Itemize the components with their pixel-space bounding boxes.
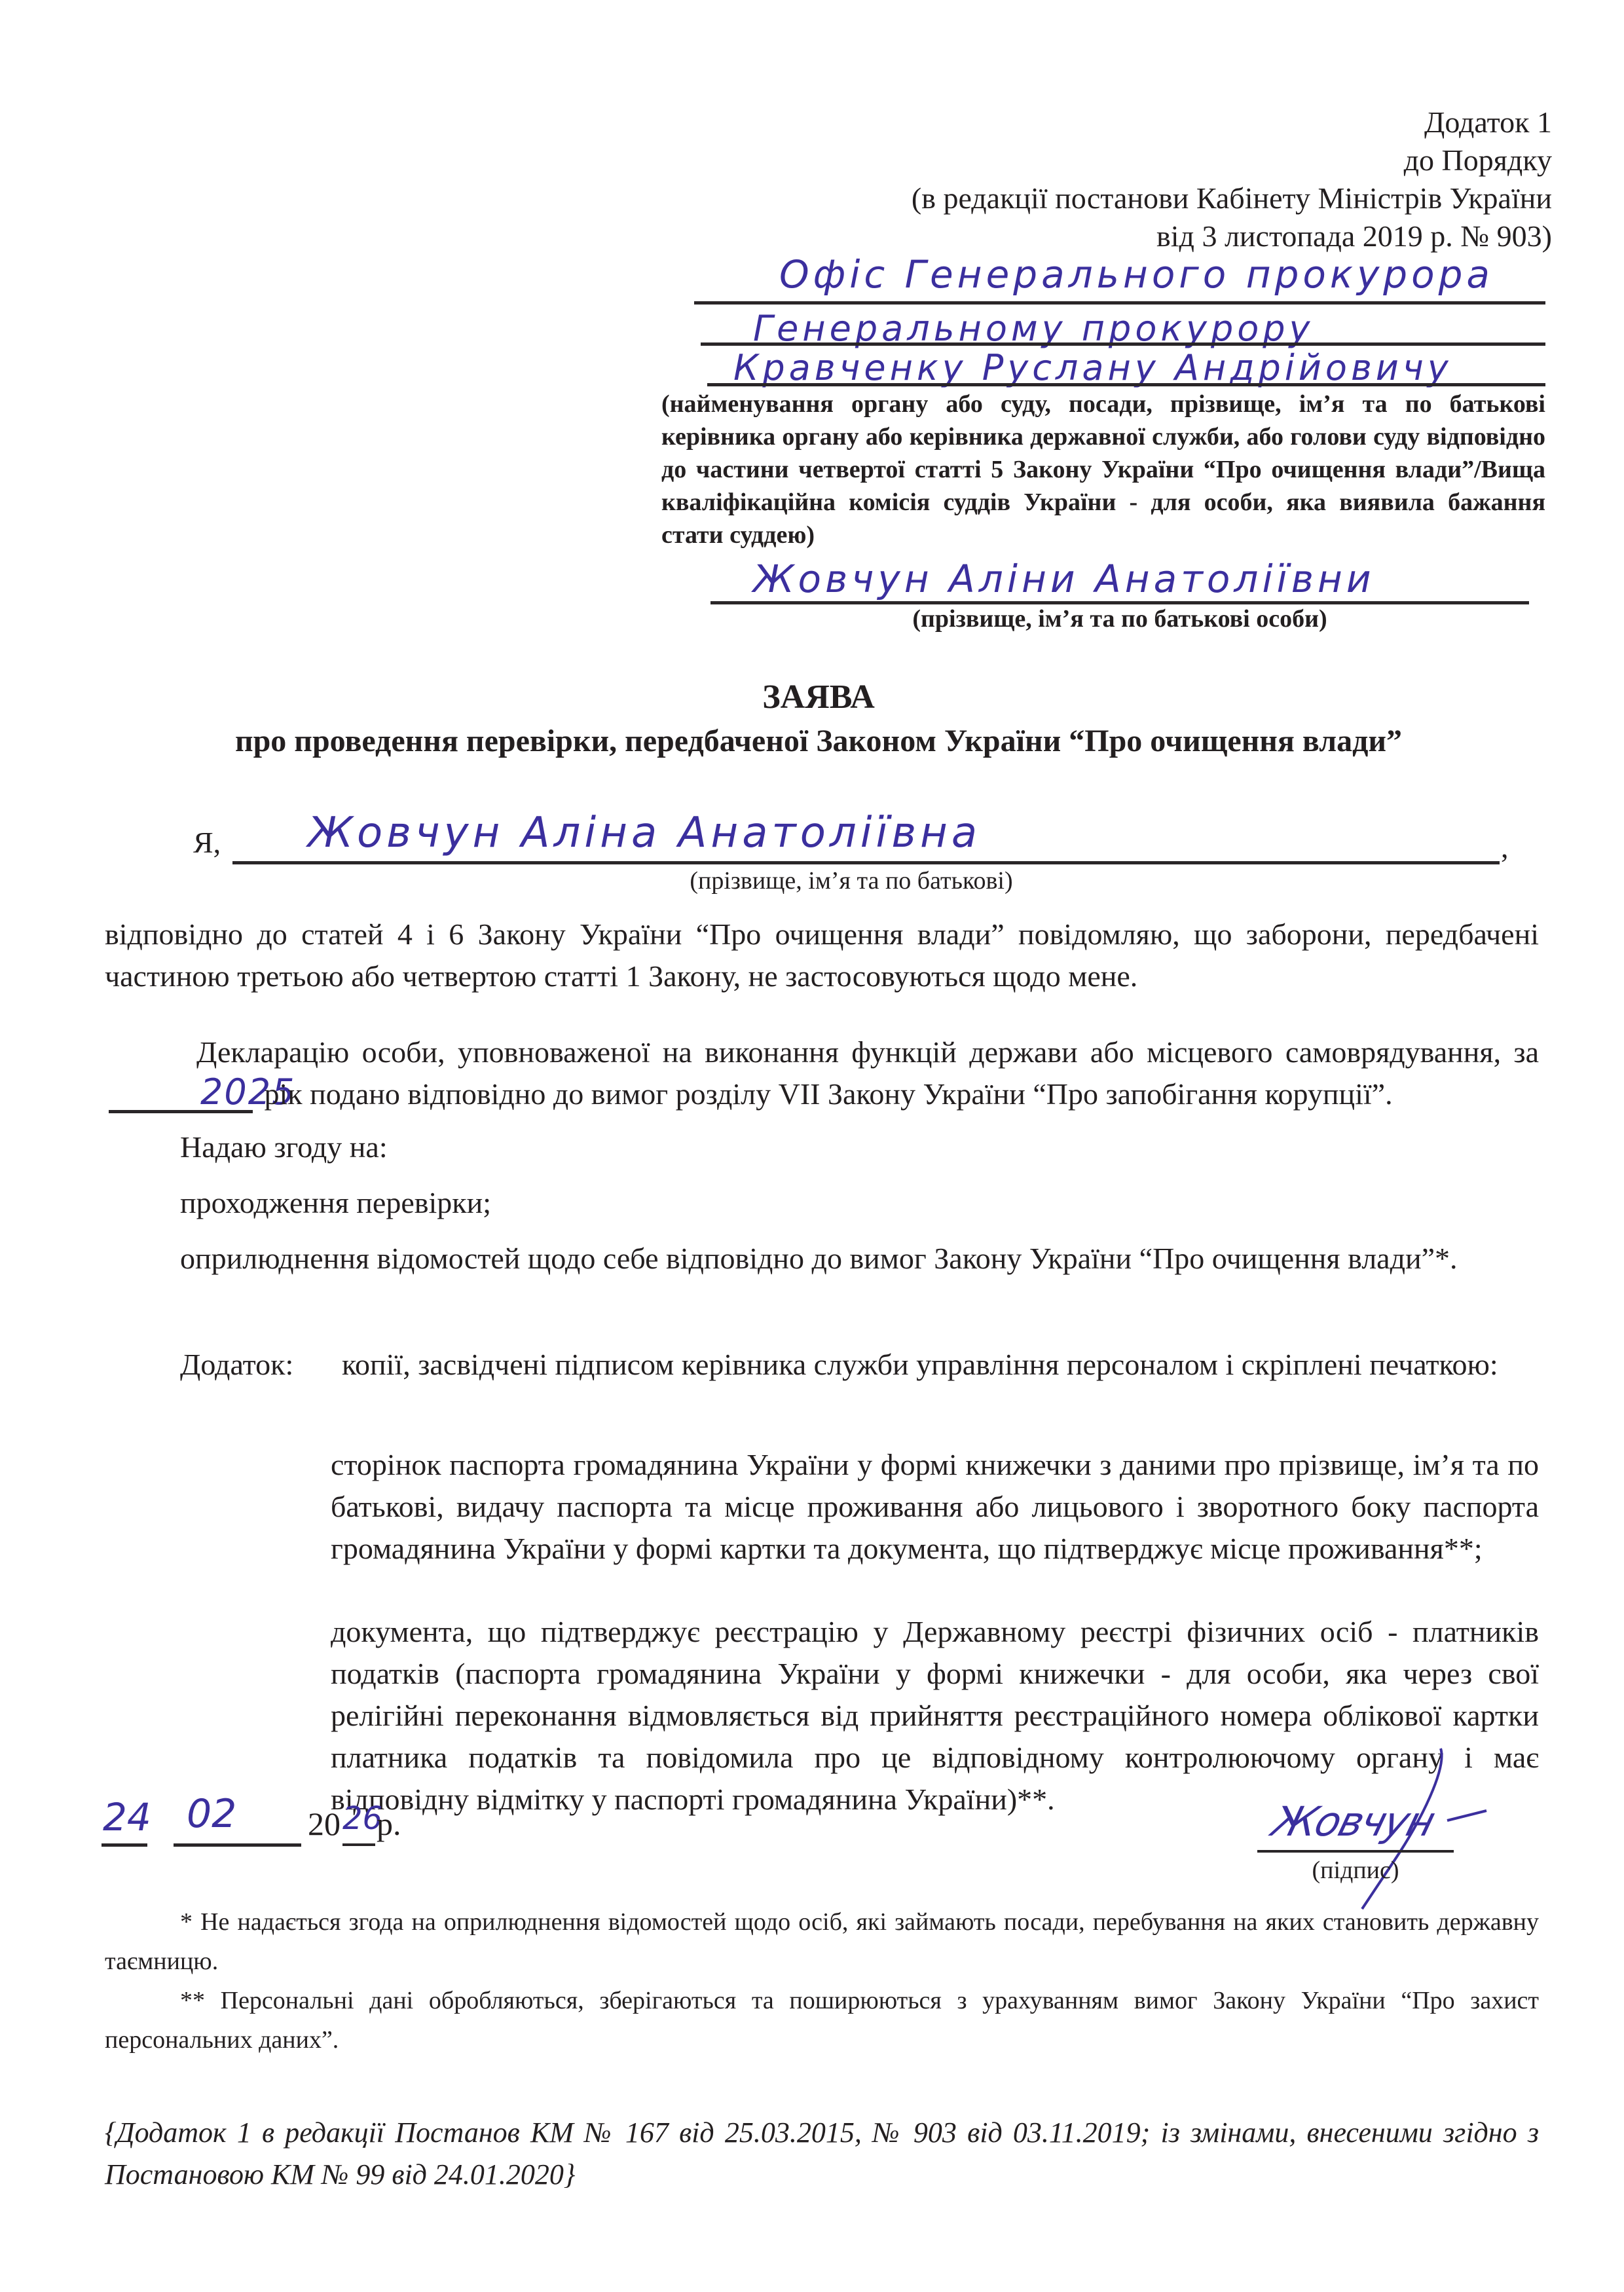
declaration-paragraph-1: відповідно до статей 4 і 6 Закону Україн…: [105, 914, 1539, 997]
declaration-comma: ,: [1501, 826, 1509, 868]
paragraph-2-start: Декларацію особи, уповноваженої на викон…: [196, 1035, 1539, 1069]
addressee-underline-1: [694, 301, 1545, 305]
addressee-line-1: Офіс Генерального прокурора: [779, 252, 1494, 297]
declaration-year-field: 2025: [109, 1077, 253, 1113]
date-month-field: 02: [174, 1798, 301, 1847]
editorial-note: {Додаток 1 в редакції Постанов КМ № 167 …: [105, 2112, 1539, 2196]
appendix-resolution-date: від 3 листопада 2019 р. № 903): [786, 217, 1552, 255]
page-title: ЗАЯВА: [98, 675, 1539, 720]
addressee-line-3: Кравченку Руслану Андрійовичу: [733, 347, 1452, 388]
date-year-end: р.: [377, 1803, 401, 1845]
date-day-field: 24: [101, 1798, 147, 1847]
footnote-personal-data: ** Персональні дані обробляються, зберіг…: [105, 1981, 1539, 2060]
appendix-header: Додаток 1 до Порядку (в редакції постано…: [786, 103, 1552, 255]
page-subtitle: про проведення перевірки, передбаченої З…: [98, 720, 1539, 762]
footnote-state-secret: * Не надається згода на оприлюднення від…: [105, 1902, 1539, 1981]
appendix-number: Додаток 1: [786, 103, 1552, 141]
declarant-name-handwritten: Жовчун Аліна Анатоліївна: [308, 809, 981, 857]
declaration-prefix: Я,: [193, 822, 221, 864]
attachment-label: Додаток:: [180, 1344, 293, 1386]
applicant-caption: (прізвище, ім’я та по батькові особи): [710, 602, 1529, 635]
consent-heading: Надаю згоду на:: [180, 1126, 388, 1168]
paragraph-2-end: рік подано відповідно до вимог розділу V…: [265, 1077, 1393, 1111]
date-year-prefix: 20: [308, 1803, 341, 1845]
addressee-underline-3: [707, 383, 1545, 386]
declaration-paragraph-2: Декларацію особи, уповноваженої на викон…: [105, 1031, 1539, 1115]
addressee-underline-2: [701, 342, 1545, 346]
appendix-edition: (в редакції постанови Кабінету Міністрів…: [786, 179, 1552, 217]
date-day: 24: [103, 1795, 151, 1839]
date-year-field: 26: [342, 1798, 375, 1846]
consent-item-verification: проходження перевірки;: [180, 1182, 491, 1224]
signature-stroke-icon: [1349, 1742, 1519, 1912]
declarant-caption: (прізвище, ім’я та по батькові): [557, 864, 1146, 897]
applicant-name-handwritten: Жовчун Аліни Анатоліївни: [753, 557, 1375, 601]
date-month: 02: [187, 1791, 236, 1837]
attachment-intro: копії, засвідчені підписом керівника слу…: [334, 1344, 1539, 1386]
addressee-caption: (найменування органу або суду, посади, п…: [661, 388, 1545, 551]
signature-caption: (підпис): [1257, 1855, 1454, 1886]
signature-underline: [1257, 1850, 1454, 1853]
appendix-order-ref: до Порядку: [786, 141, 1552, 179]
consent-item-publication: оприлюднення відомостей щодо себе відпов…: [105, 1238, 1539, 1280]
attachment-item-passport: сторінок паспорта громадянина України у …: [331, 1444, 1539, 1570]
